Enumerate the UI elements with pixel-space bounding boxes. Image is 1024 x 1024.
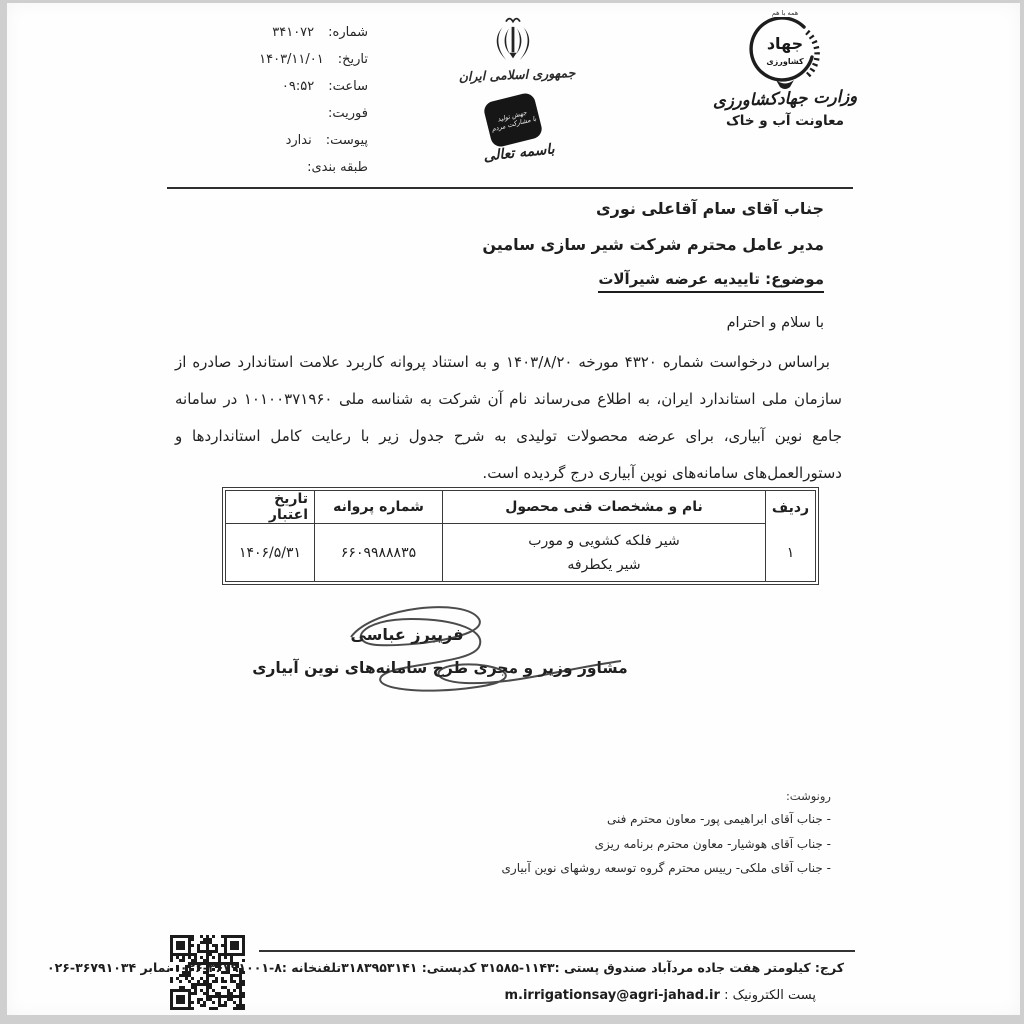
logo-top-slogan: همه با هم [740,9,830,17]
iran-national-emblem-icon [485,13,541,67]
footer-address: کرج: کیلومتر هفت جاده مردآباد صندوق پستی… [47,960,844,975]
recipient-title: مدیر عامل محترم شرکت شیر سازی سامین [482,235,824,254]
product-line-2: شیر یکطرفه [567,553,640,577]
subject-line: موضوع: تاییدیه عرضه شیرآلات [598,270,824,293]
products-table: ردیف نام و مشخصات فنی محصول شماره پروانه… [222,487,819,585]
table-cell-validity-date: ۱۴۰۶/۵/۳۱ [226,524,314,581]
cc-label: رونوشت: [502,789,831,803]
salutation: با سلام و احترام [727,315,824,331]
meta-label: پیوست: [326,133,368,148]
meta-field-number: شماره: ۳۴۱۰۷۲ [170,19,368,46]
meta-value: ندارد [286,133,312,148]
table-header-row-no: ردیف [765,491,815,524]
meta-value: ۱۴۰۳/۱۱/۰۱ [259,52,324,67]
logo-word-jahad: جهاد [748,34,822,53]
ministry-logo-block: همه با هم جهاد کشاورزی [697,9,873,91]
meta-label: طبقه بندی: [307,160,368,175]
body-paragraph: براساس درخواست شماره ۴۳۲۰ مورخه ۱۴۰۳/۸/۲… [175,344,842,492]
logo-word-keshavarzi: کشاورزی [748,57,822,66]
meta-field-time: ساعت: ۰۹:۵۲ [170,73,368,100]
meta-value: ۰۹:۵۲ [282,79,314,94]
footer-email-label: پست الکترونیک : [724,988,816,1003]
letter-meta-fields: شماره: ۳۴۱۰۷۲ تاریخ: ۱۴۰۳/۱۱/۰۱ ساعت: ۰۹… [170,19,368,181]
meta-field-date: تاریخ: ۱۴۰۳/۱۱/۰۱ [170,46,368,73]
cc-item: - جناب آقای ملکی- رییس محترم گروه توسعه … [502,856,831,881]
jahad-keshavarzi-emblem-icon: جهاد کشاورزی [748,17,822,91]
cc-item: - جناب آقای ابراهیمی پور- معاون محترم فن… [502,807,831,832]
meta-label: ساعت: [328,79,368,94]
cc-item: - جناب آقای هوشیار- معاون محترم برنامه ر… [502,832,831,857]
table-cell-license-no: ۶۶۰۹۹۸۸۸۳۵ [314,524,442,581]
product-line-1: شیر فلکه کشویی و مورب [528,529,679,553]
meta-label: تاریخ: [338,52,368,67]
meta-field-urgency: فوریت: [170,100,368,127]
meta-field-attachment: پیوست: ندارد [170,127,368,154]
footer-email-line: پست الکترونیک : m.irrigationsay@agri-jah… [504,988,816,1003]
cc-block: رونوشت: - جناب آقای ابراهیمی پور- معاون … [502,789,831,881]
meta-label: شماره: [328,25,368,40]
scanned-letter-page: شماره: ۳۴۱۰۷۲ تاریخ: ۱۴۰۳/۱۱/۰۱ ساعت: ۰۹… [7,3,1020,1015]
republic-of-iran-label: جمهوری اسلامی ایران [447,65,587,85]
department-name: معاونت آب و خاک [705,113,865,129]
basmala-calligraphy: باسمه تعالی [468,140,569,166]
meta-label: فوریت: [328,106,368,121]
recipient-name: جناب آقای سام آقاعلی نوری [596,199,824,218]
table-header-product: نام و مشخصات فنی محصول [442,491,765,524]
year-slogan-stamp: جهش تولید با مشارکت مردم [482,91,544,148]
table-cell-row-no: ۱ [765,524,815,581]
header-divider-line [167,187,853,189]
meta-value: ۳۴۱۰۷۲ [272,25,314,40]
table-header-validity-date: تاریخ اعتبار [226,491,314,524]
table-cell-product: شیر فلکه کشویی و مورب شیر یکطرفه [442,524,765,581]
table-header-license-no: شماره پروانه [314,491,442,524]
handwritten-signature [337,603,629,711]
footer-email-address: m.irrigationsay@agri-jahad.ir [504,988,719,1003]
footer-divider-line [259,950,855,952]
meta-field-classification: طبقه بندی: [170,154,368,181]
